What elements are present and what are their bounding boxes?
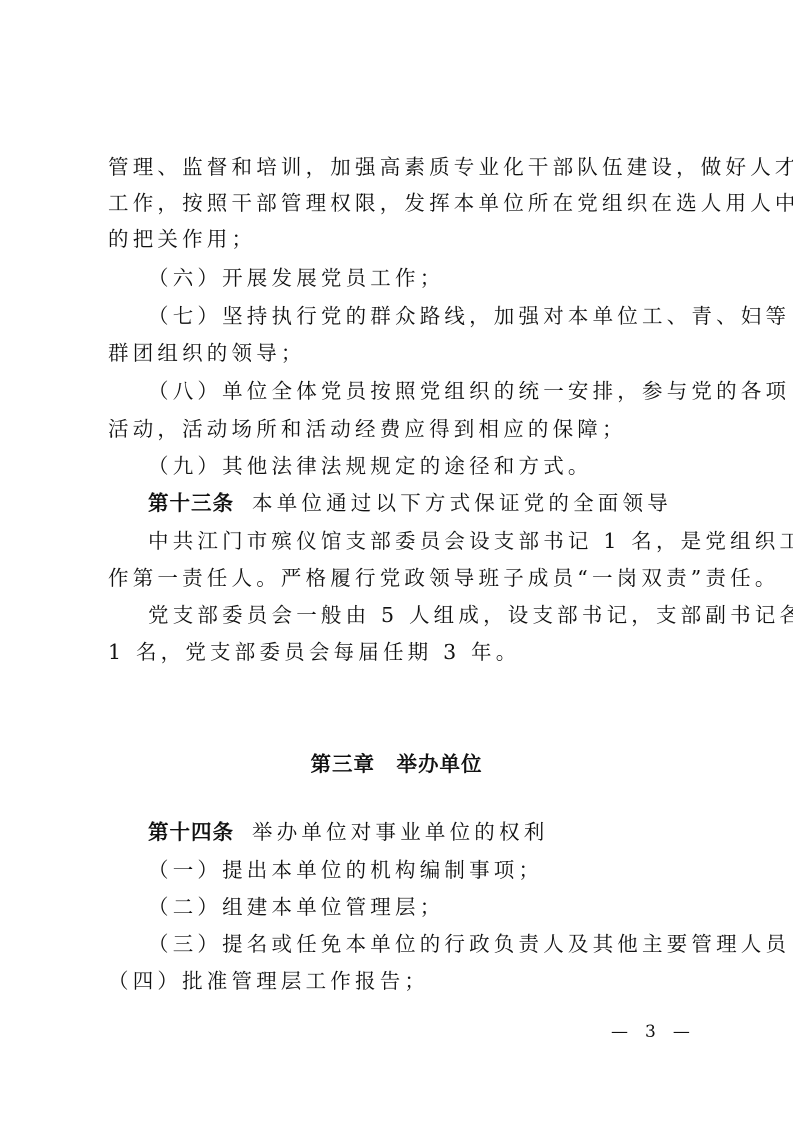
article-heading: 第十三条 bbox=[148, 491, 234, 515]
paragraph-line: 工作，按照干部管理权限，发挥本单位所在党组织在选人用人中 bbox=[108, 193, 793, 214]
list-item: （九）其他法律法规规定的途径和方式。 bbox=[148, 456, 593, 477]
paragraph-line: 群团组织的领导； bbox=[108, 343, 306, 364]
list-item: （六）开展发展党员工作； bbox=[148, 268, 444, 289]
article-14: 第十四条举办单位对事业单位的权利 bbox=[148, 822, 548, 843]
list-item: （三）提名或任免本单位的行政负责人及其他主要管理人员 bbox=[148, 934, 790, 955]
article-heading: 第十四条 bbox=[148, 820, 234, 844]
paragraph-line: 党支部委员会一般由 5 人组成，设支部书记，支部副书记各 bbox=[148, 605, 793, 626]
chapter-title: 第三章 举办单位 bbox=[0, 747, 793, 777]
paragraph-line: 的把关作用； bbox=[108, 229, 256, 250]
paragraph-line: 1 名，党支部委员会每届任期 3 年。 bbox=[108, 642, 520, 663]
paragraph-line: 作第一责任人。严格履行党政领导班子成员“一岗双责”责任。 bbox=[108, 568, 780, 589]
list-item: （二）组建本单位管理层； bbox=[148, 897, 444, 918]
page-number: — 3 — bbox=[611, 1017, 690, 1042]
article-title: 举办单位对事业单位的权利 bbox=[252, 820, 548, 844]
list-item: （七）坚持执行党的群众路线，加强对本单位工、青、妇等 bbox=[148, 306, 790, 327]
list-item: （八）单位全体党员按照党组织的统一安排，参与党的各项 bbox=[148, 381, 790, 402]
article-title: 本单位通过以下方式保证党的全面领导 bbox=[252, 491, 672, 515]
list-item: （四）批准管理层工作报告； bbox=[108, 971, 429, 992]
paragraph-line: 活动，活动场所和活动经费应得到相应的保障； bbox=[108, 419, 627, 440]
paragraph-line: 管理、监督和培训，加强高素质专业化干部队伍建设，做好人才 bbox=[108, 157, 793, 178]
article-13: 第十三条本单位通过以下方式保证党的全面领导 bbox=[148, 493, 672, 514]
paragraph-line: 中共江门市殡仪馆支部委员会设支部书记 1 名，是党组织工 bbox=[148, 531, 793, 552]
list-item: （一）提出本单位的机构编制事项； bbox=[148, 860, 543, 881]
